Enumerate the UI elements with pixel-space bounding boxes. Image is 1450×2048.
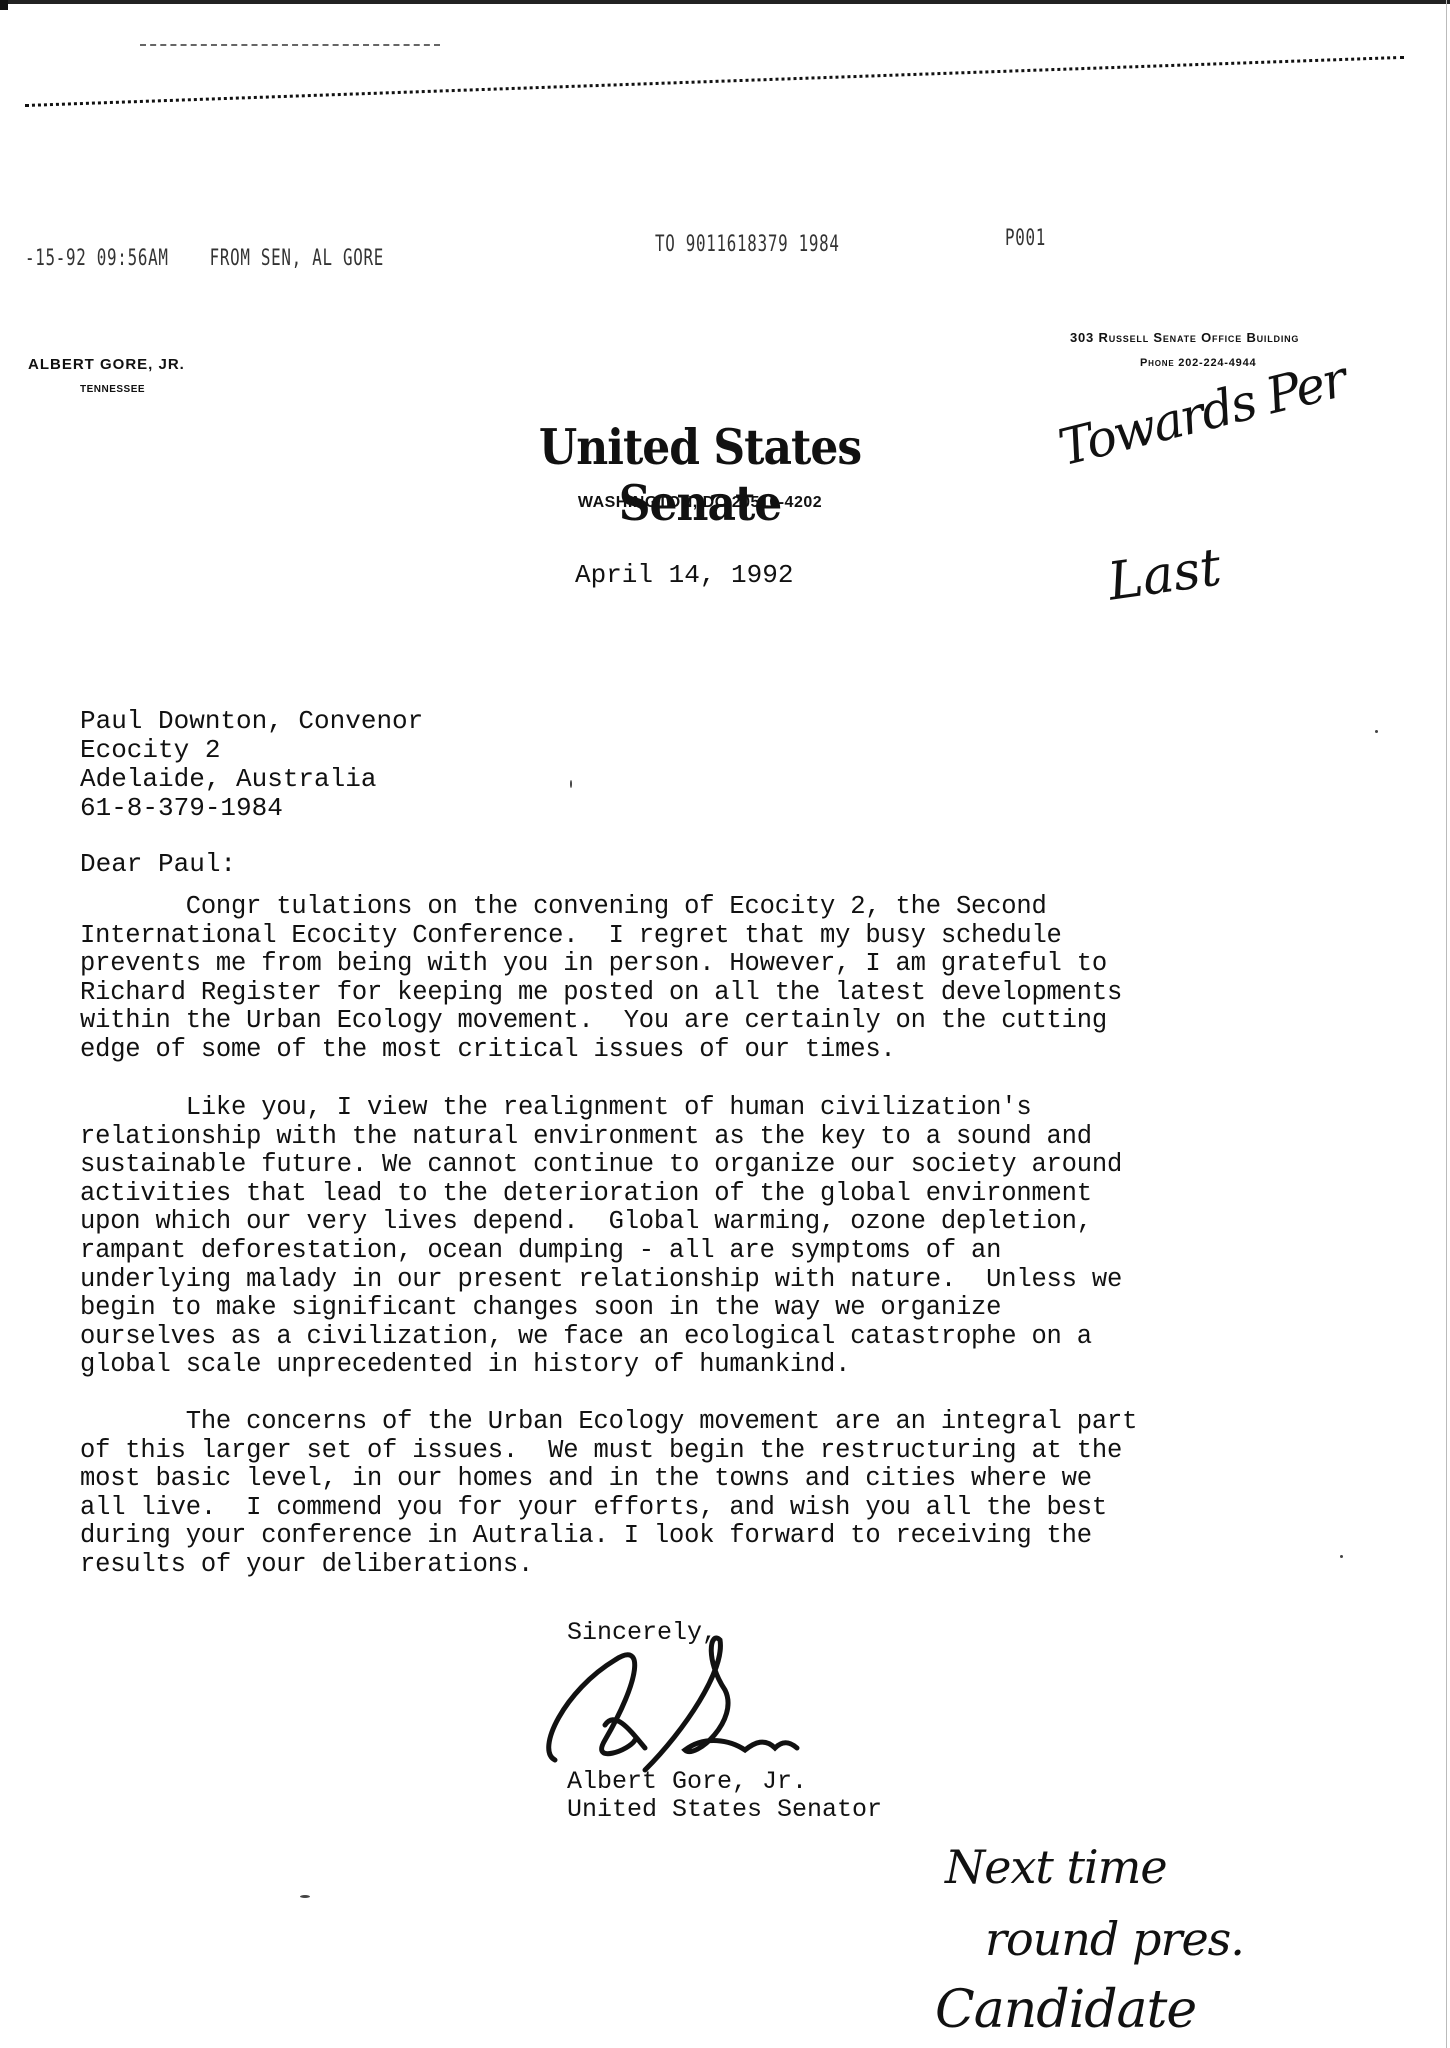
recipient-line: Adelaide, Australia (80, 765, 423, 794)
recipient-address-block: Paul Downton, Convenor Ecocity 2 Adelaid… (80, 707, 423, 823)
scan-corner-mark (0, 0, 8, 10)
scan-speck (300, 1895, 310, 1898)
fax-to: TO 9011618379 1984 (655, 232, 840, 257)
signature-block: Albert Gore, Jr. United States Senator (567, 1768, 882, 1824)
handwritten-signature (535, 1630, 815, 1780)
letterhead-office-address: 303 Russell Senate Office Building (1070, 330, 1299, 345)
fax-perforation-line (25, 56, 1404, 109)
scan-edge-top (0, 0, 1450, 4)
handwritten-note-top-line-2: Last (1104, 537, 1224, 612)
fax-page-number: P001 (1005, 226, 1046, 251)
fax-datetime-from: -15-92 09:56AM FROM SEN, AL GORE (25, 246, 384, 271)
letterhead-city-zip: WASHINGTON, DC 20510-4202 (480, 494, 920, 512)
body-paragraph-3: The concerns of the Urban Ecology moveme… (80, 1408, 1137, 1580)
scan-speck (1340, 1555, 1343, 1558)
letter-date: April 14, 1992 (575, 560, 793, 590)
salutation: Dear Paul: (80, 849, 236, 879)
recipient-line: Paul Downton, Convenor (80, 707, 423, 736)
handwritten-note-bottom-line-2: round pres. (985, 1912, 1244, 1966)
recipient-line: Ecocity 2 (80, 736, 423, 765)
scan-edge-right (1446, 0, 1447, 2048)
letterhead-office-phone: Phone 202-224-4944 (1140, 357, 1256, 369)
letterhead-sender-state: TENNESSEE (80, 384, 145, 395)
body-paragraph-1: Congr tulations on the convening of Ecoc… (80, 893, 1122, 1065)
signer-title: United States Senator (567, 1796, 882, 1824)
body-paragraph-2: Like you, I view the realignment of huma… (80, 1094, 1122, 1380)
fax-from: FROM SEN, AL GORE (210, 246, 384, 271)
faint-header-residue (140, 44, 440, 46)
scan-speck (1375, 730, 1378, 733)
scan-speck (570, 780, 572, 788)
letterhead-institution-title: United States Senate (480, 420, 920, 532)
handwritten-note-bottom-line-3: Candidate (935, 1980, 1196, 2040)
letterhead-sender-name: ALBERT GORE, JR. (28, 356, 185, 373)
signer-name: Albert Gore, Jr. (567, 1768, 882, 1796)
recipient-line: 61-8-379-1984 (80, 794, 423, 823)
fax-datetime: -15-92 09:56AM (25, 246, 169, 271)
handwritten-note-bottom-line-1: Next time (945, 1840, 1167, 1894)
handwritten-note-top-line-1: Towards Per (1053, 350, 1351, 477)
